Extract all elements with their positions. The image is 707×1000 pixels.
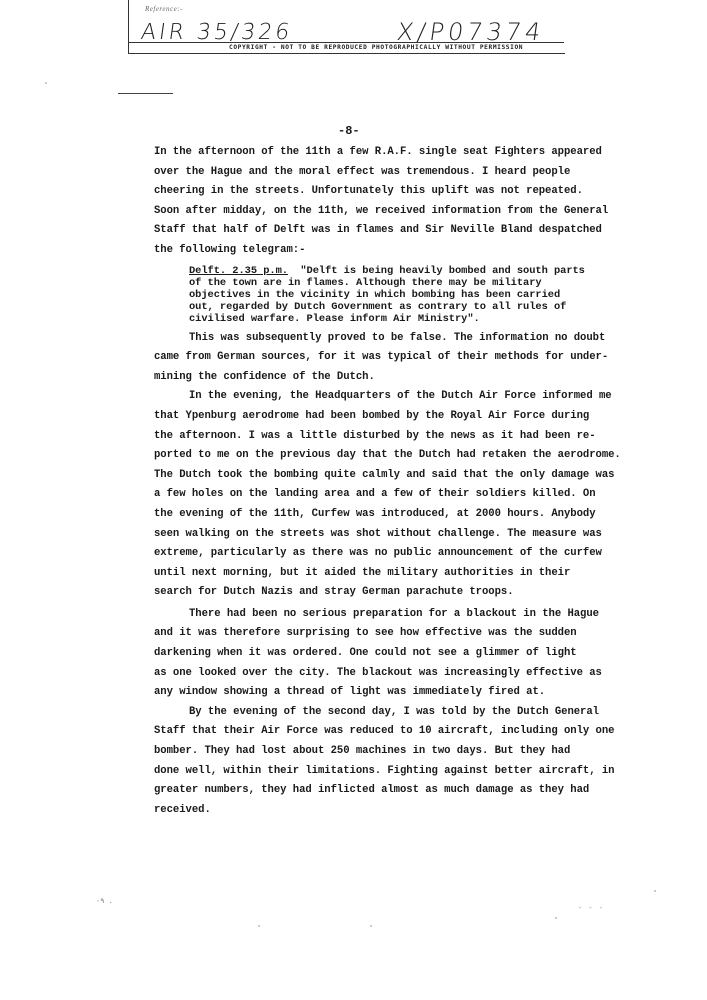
text-line: In the afternoon of the 11th a few R.A.F… (154, 143, 624, 163)
text-line: extreme, particularly as there was no pu… (154, 544, 624, 564)
text-line: any window showing a thread of light was… (154, 683, 624, 703)
reference-divider (128, 42, 564, 43)
margin-rule (118, 93, 173, 94)
paragraph-3: In the evening, the Headquarters of the … (154, 387, 624, 603)
text-line: ported to me on the previous day that th… (154, 446, 624, 466)
text-line: This was subsequently proved to be false… (154, 329, 624, 349)
text-line: until next morning, but it aided the mil… (154, 564, 624, 584)
text-line: the following telegram:- (154, 241, 624, 261)
telegram-line: civilised warfare. Please inform Air Min… (189, 313, 624, 325)
document-body: In the afternoon of the 11th a few R.A.F… (154, 143, 624, 820)
scan-mark: - - - (578, 905, 604, 913)
text-line: There had been no serious preparation fo… (154, 605, 624, 625)
telegram-line: Delft. 2.35 p.m. "Delft is being heavily… (189, 265, 624, 277)
paragraph-4: There had been no serious preparation fo… (154, 605, 624, 703)
page-number: -8- (338, 124, 360, 138)
scan-speck (555, 917, 557, 919)
telegram-quote: Delft. 2.35 p.m. "Delft is being heavily… (189, 265, 624, 325)
telegram-line: objectives in the vicinity in which bomb… (189, 289, 624, 301)
scan-speck (258, 925, 260, 927)
telegram-header: Delft. 2.35 p.m. (189, 265, 288, 277)
telegram-line: out, regarded by Dutch Government as con… (189, 301, 624, 313)
paragraph-2: This was subsequently proved to be false… (154, 329, 624, 388)
text-line: Staff that their Air Force was reduced t… (154, 722, 624, 742)
text-line: greater numbers, they had inflicted almo… (154, 781, 624, 801)
paragraph-1: In the afternoon of the 11th a few R.A.F… (154, 143, 624, 261)
text-line: done well, within their limitations. Fig… (154, 762, 624, 782)
text-line: Soon after midday, on the 11th, we recei… (154, 202, 624, 222)
text-line: and it was therefore surprising to see h… (154, 624, 624, 644)
copyright-notice: COPYRIGHT - NOT TO BE REPRODUCED PHOTOGR… (229, 44, 523, 51)
scan-speck (370, 925, 372, 927)
text-line: received. (154, 801, 624, 821)
text-line: that Ypenburg aerodrome had been bombed … (154, 407, 624, 427)
text-line: darkening when it was ordered. One could… (154, 644, 624, 664)
text-line: mining the confidence of the Dutch. (154, 368, 624, 388)
text-line: cheering in the streets. Unfortunately t… (154, 182, 624, 202)
reference-label: Reference:- (145, 5, 183, 13)
text-line: The Dutch took the bombing quite calmly … (154, 466, 624, 486)
paragraph-5: By the evening of the second day, I was … (154, 703, 624, 821)
text-line: the evening of the 11th, Curfew was intr… (154, 505, 624, 525)
text-line: In the evening, the Headquarters of the … (154, 387, 624, 407)
text-line: over the Hague and the moral effect was … (154, 163, 624, 183)
scan-speck (45, 82, 47, 84)
text-line: By the evening of the second day, I was … (154, 703, 624, 723)
scan-speck (654, 890, 656, 892)
text-line: seen walking on the streets was shot wit… (154, 525, 624, 545)
text-line: Staff that half of Delft was in flames a… (154, 221, 624, 241)
reference-header-box: Reference:- AIR 35/326 X/P07374 COPYRIGH… (128, 0, 565, 54)
telegram-text: "Delft is being heavily bombed and south… (300, 265, 585, 277)
text-line: a few holes on the landing area and a fe… (154, 485, 624, 505)
text-line: as one looked over the city. The blackou… (154, 664, 624, 684)
text-line: search for Dutch Nazis and stray German … (154, 583, 624, 603)
scan-mark: ·٩ . (96, 897, 113, 906)
text-line: bomber. They had lost about 250 machines… (154, 742, 624, 762)
text-line: came from German sources, for it was typ… (154, 348, 624, 368)
text-line: the afternoon. I was a little disturbed … (154, 427, 624, 447)
telegram-line: of the town are in flames. Although ther… (189, 277, 624, 289)
